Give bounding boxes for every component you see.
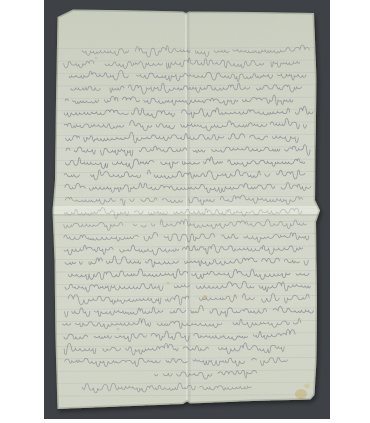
paper-grain-texture bbox=[44, 0, 330, 419]
letter-photograph bbox=[0, 0, 370, 423]
paper-surface bbox=[44, 0, 330, 419]
letter-paper bbox=[44, 0, 330, 419]
scene-svg bbox=[0, 0, 370, 423]
